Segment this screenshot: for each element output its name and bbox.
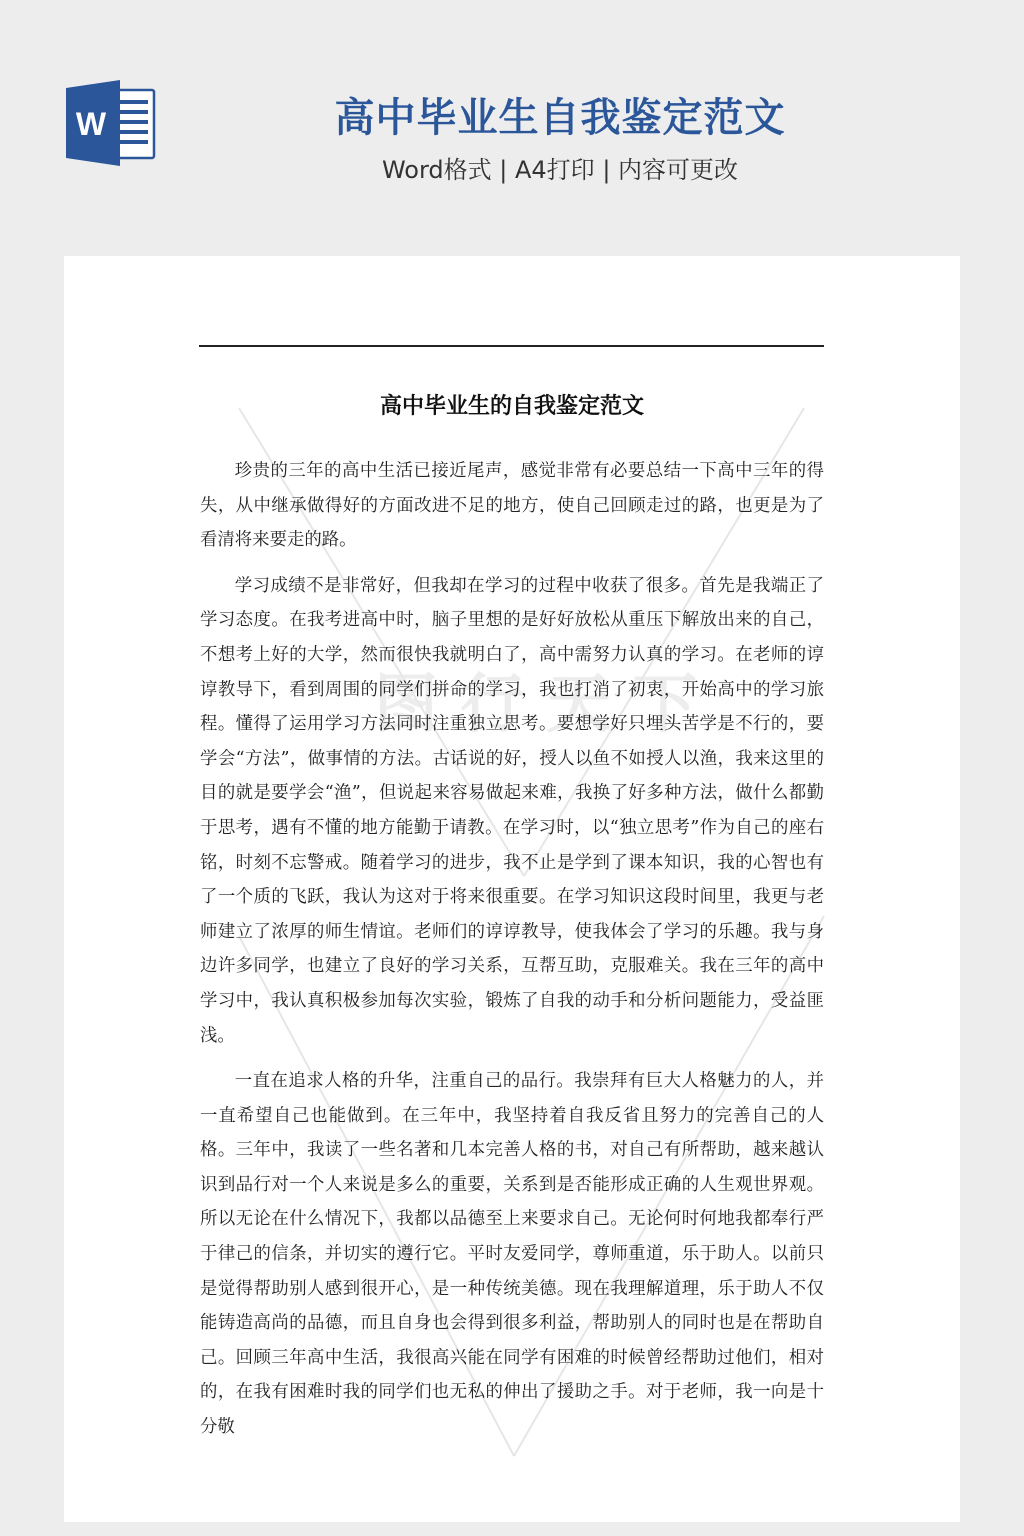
- document-page: 图 行 天 下 高中毕业生的自我鉴定范文 珍贵的三年的高中生活已接近尾声，感觉非…: [64, 256, 960, 1522]
- header-rule: [199, 345, 824, 347]
- document-body: 珍贵的三年的高中生活已接近尾声，感觉非常有必要总结一下高中三年的得失，从中继承做…: [200, 454, 824, 1456]
- paragraph: 珍贵的三年的高中生活已接近尾声，感觉非常有必要总结一下高中三年的得失，从中继承做…: [200, 454, 824, 558]
- word-document-icon: W: [64, 80, 156, 166]
- paragraph: 一直在追求人格的升华，注重自己的品行。我崇拜有巨大人格魅力的人，并一直希望自己也…: [200, 1064, 824, 1445]
- banner-title: 高中毕业生自我鉴定范文: [250, 92, 870, 144]
- document-title: 高中毕业生的自我鉴定范文: [200, 390, 824, 422]
- paragraph: 学习成绩不是非常好，但我却在学习的过程中收获了很多。首先是我端正了学习态度。在我…: [200, 569, 824, 1053]
- banner-subtitle: Word格式 | A4打印 | 内容可更改: [250, 152, 870, 188]
- svg-text:W: W: [76, 106, 107, 142]
